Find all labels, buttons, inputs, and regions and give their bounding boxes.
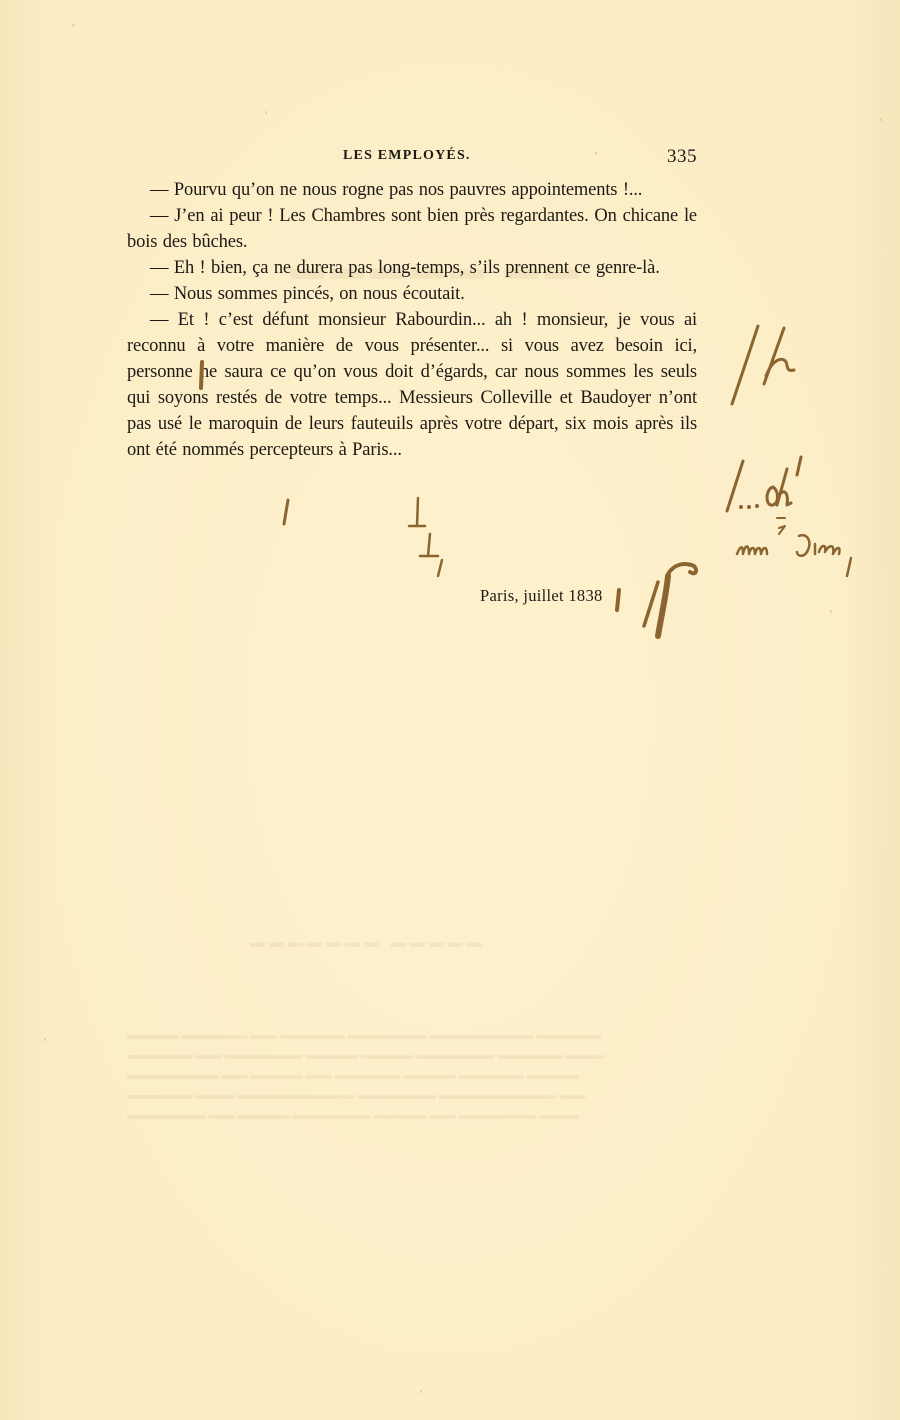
paragraph: — Et ! c’est défunt monsieur Rabourdin..… [127, 307, 697, 463]
show-through-block: ▬▬▬▬▬▬▬ ▬▬▬▬▬ [250, 935, 486, 952]
show-through-block: ▬▬▬▬ ▬▬▬▬▬ ▬▬ ▬▬▬▬▬ ▬▬▬▬▬▬ ▬▬▬▬▬▬▬▬ ▬▬▬▬… [127, 1025, 697, 1125]
inline-correction-mark [280, 498, 292, 526]
margin-annotation-ph [728, 320, 798, 410]
inline-correction-mark [405, 494, 425, 534]
page-number: 335 [667, 146, 697, 168]
paragraph: — J’en ai peur ! Les Chambres sont bien … [127, 203, 697, 255]
margin-annotation-oh [725, 455, 855, 525]
body-text: — Pourvu qu’on ne nous rogne pas nos pau… [127, 177, 697, 463]
paper-speck [265, 111, 267, 114]
paragraph: — Eh ! bien, ça ne durera pas long-temps… [127, 255, 697, 281]
running-head: LES EMPLOYÉS. 335 [127, 146, 697, 170]
paragraph: — Nous sommes pincés, on nous écoutait. [127, 281, 697, 307]
margin-annotation-mon-dieu [735, 510, 865, 590]
dateline: Paris, juillet 1838 [480, 586, 603, 606]
running-title: LES EMPLOYÉS. [343, 148, 471, 164]
paper-speck [420, 1390, 422, 1393]
paper-speck [830, 610, 832, 613]
inline-correction-mark [613, 588, 623, 614]
book-page: ▬▬▬▬▬ ▬▬ ▬▬▬▬▬▬▬ ▬▬▬▬▬ ▬▬▬▬ ▬▬▬▬▬ ▬▬ ▬▬▬… [0, 0, 900, 1420]
paper-speck [44, 1038, 46, 1041]
inline-correction-mark [418, 530, 448, 580]
margin-annotation-long-s [640, 556, 710, 646]
paper-speck [880, 118, 882, 121]
paper-speck [72, 24, 74, 27]
paragraph: — Pourvu qu’on ne nous rogne pas nos pau… [127, 177, 697, 203]
